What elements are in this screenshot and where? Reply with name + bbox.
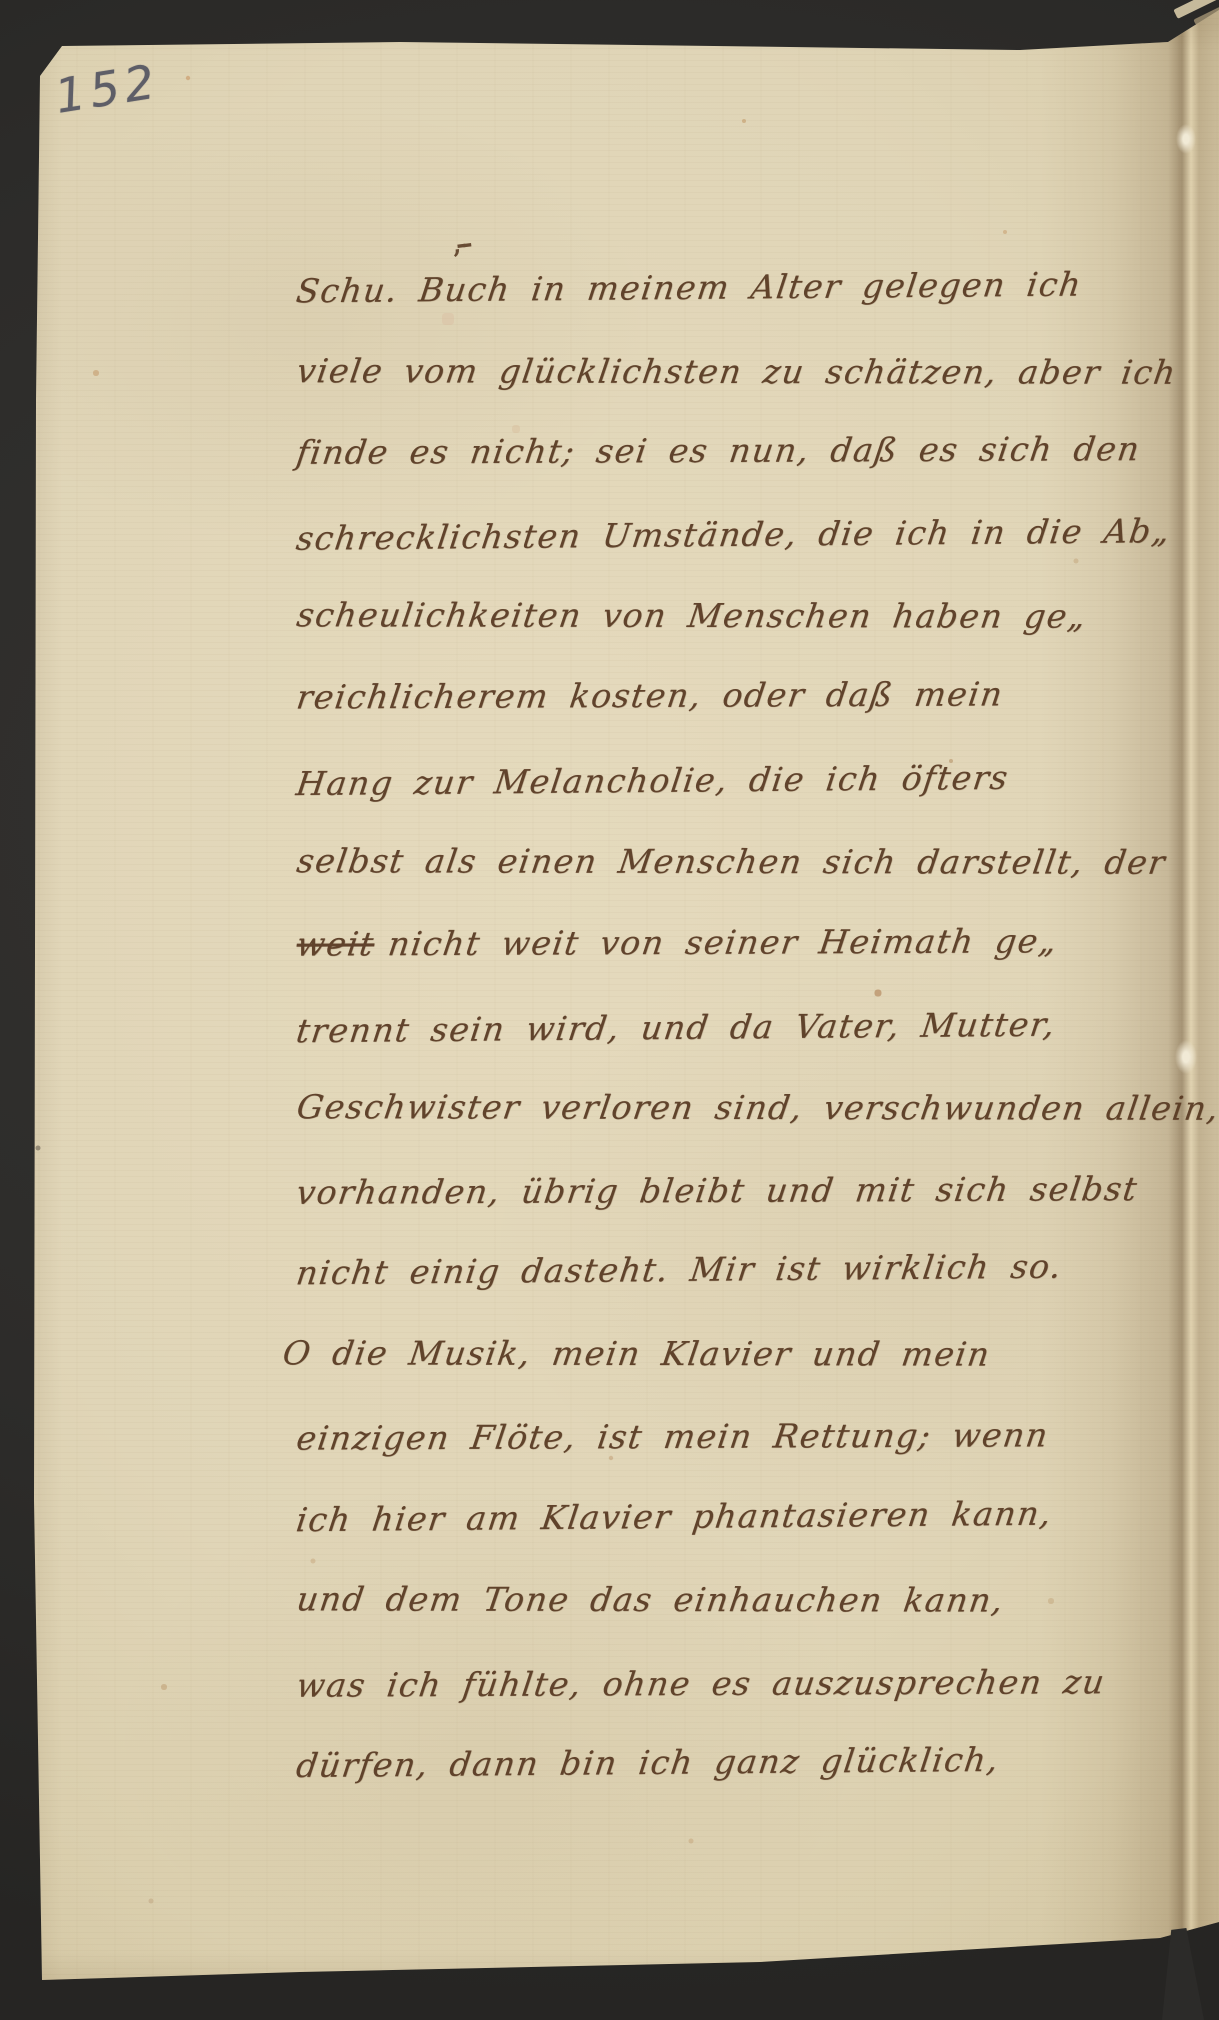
handwriting-text: selbst als einen Menschen sich darstellt… (294, 841, 1168, 882)
handwriting-text: viele vom glücklichsten zu schätzen, abe… (294, 351, 1179, 392)
paper-specks (0, 0, 2, 2)
handwriting-text: ich hier am Klavier phantasieren kann, (294, 1494, 1055, 1540)
crease-wax-spot (1175, 1040, 1197, 1074)
handwriting-line: schrecklichsten Umstände, die ich in die… (294, 511, 1173, 558)
handwriting-text: schrecklichsten Umstände, die ich in die… (294, 511, 1173, 558)
handwriting-text: was ich fühlte, ohne es auszusprechen zu (294, 1662, 1108, 1705)
handwriting-line: viele vom glücklichsten zu schätzen, abe… (294, 351, 1179, 392)
handwriting-line: vorhanden, übrig bleibt und mit sich sel… (294, 1169, 1140, 1212)
handwriting-line: Schu. Buch in meinem Alter gelegen ich (294, 265, 1084, 311)
handwriting-text: Schu. Buch in meinem Alter gelegen ich (294, 265, 1084, 311)
handwriting-text: trennt sein wird, und da Vater, Mutter, (294, 1005, 1058, 1051)
handwriting-text: nicht weit von seiner Heimath ge„ (386, 921, 1060, 963)
handwriting-line: nicht einig dasteht. Mir ist wirklich so… (294, 1247, 1065, 1293)
handwriting-line: einzigen Flöte, ist mein Rettung; wenn (294, 1415, 1051, 1457)
handwriting-text: und dem Tone das einhauchen kann, (294, 1579, 1006, 1619)
handwriting-line: Geschwister verloren sind, verschwunden … (294, 1087, 1219, 1128)
scanned-manuscript: 152 ‚-- Schu. Buch in meinem Alter geleg… (0, 0, 1219, 2020)
handwriting-line: was ich fühlte, ohne es auszusprechen zu (294, 1662, 1108, 1705)
handwriting-line: weitnicht weit von seiner Heimath ge„ (294, 921, 1060, 963)
handwriting-line: trennt sein wird, und da Vater, Mutter, (294, 1005, 1058, 1051)
handwriting-line: ich hier am Klavier phantasieren kann, (294, 1494, 1055, 1540)
handwriting-text: nicht einig dasteht. Mir ist wirklich so… (294, 1247, 1065, 1293)
handwriting-text: vorhanden, übrig bleibt und mit sich sel… (294, 1169, 1140, 1212)
handwriting-text: dürfen, dann bin ich ganz glücklich, (294, 1740, 1002, 1785)
crease-wax-spot (1176, 124, 1196, 154)
struck-word: weit (294, 924, 377, 963)
handwriting-line: reichlicherem kosten, oder daß mein (294, 674, 1006, 716)
handwriting-text: Geschwister verloren sind, verschwunden … (294, 1087, 1219, 1128)
handwriting-line: dürfen, dann bin ich ganz glücklich, (294, 1740, 1002, 1785)
handwriting-line: O die Musik, mein Klavier und mein (280, 1333, 993, 1373)
handwriting-line: finde es nicht; sei es nun, daß es sich … (294, 429, 1143, 472)
handwriting-text: reichlicherem kosten, oder daß mein (294, 674, 1006, 716)
handwriting-text: einzigen Flöte, ist mein Rettung; wenn (294, 1415, 1051, 1457)
handwriting-line: scheulichkeiten von Menschen haben ge„ (294, 595, 1089, 635)
handwriting-text: finde es nicht; sei es nun, daß es sich … (294, 429, 1143, 472)
handwriting-text: Hang zur Melancholie, die ich öfters (294, 758, 1011, 803)
ink-mark: ‚-- (450, 229, 469, 261)
handwriting-line: Hang zur Melancholie, die ich öfters (294, 758, 1011, 803)
handwriting-line: selbst als einen Menschen sich darstellt… (294, 841, 1168, 882)
handwriting-text: O die Musik, mein Klavier und mein (280, 1333, 993, 1373)
handwriting-text: scheulichkeiten von Menschen haben ge„ (294, 595, 1089, 635)
handwriting-line: und dem Tone das einhauchen kann, (294, 1579, 1006, 1619)
